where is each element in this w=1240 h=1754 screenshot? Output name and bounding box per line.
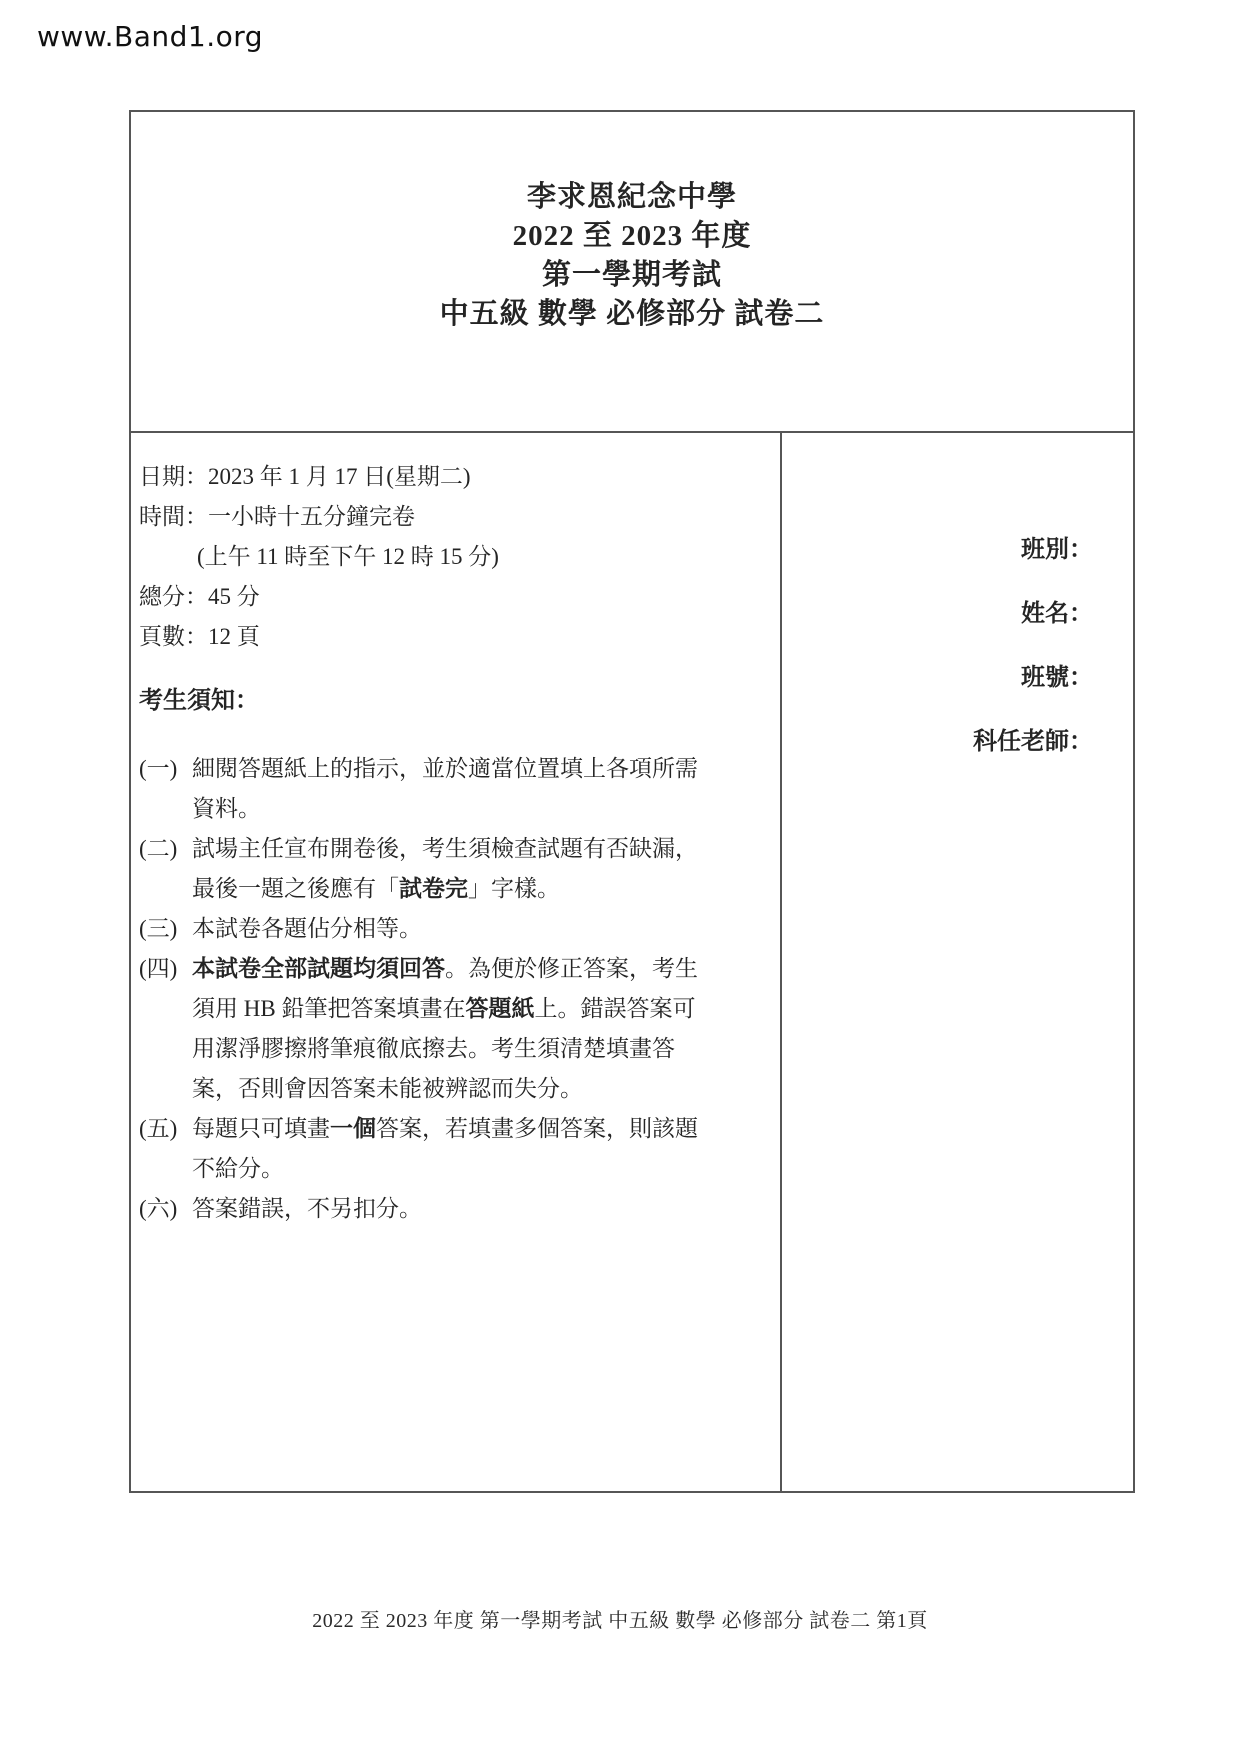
notice-item: (一)細閱答題紙上的指示，並於適當位置填上各項所需資料。 bbox=[139, 749, 780, 829]
exam-info-line: 總分：45 分 bbox=[139, 577, 780, 617]
notice-item-text: 試場主任宣布開卷後，考生須檢查試題有否缺漏，最後一題之後應有「試卷完」字樣。 bbox=[192, 829, 698, 909]
notice-text-segment: 試卷完 bbox=[399, 876, 468, 901]
page-footer: 2022 至 2023 年度 第一學期考試 中五級 數學 必修部分 試卷二 第1… bbox=[0, 1604, 1240, 1633]
notice-text-segment: 細閱答題紙上的指示，並於適當位置填上各項所需資料。 bbox=[192, 756, 698, 821]
notice-item: (五)每題只可填畫一個答案，若填畫多個答案，則該題不給分。 bbox=[139, 1109, 780, 1189]
student-field-label: 姓名： bbox=[782, 599, 1133, 663]
exam-title-block: 李求恩紀念中學 2022 至 2023 年度 第一學期考試 中五級 數學 必修部… bbox=[131, 112, 1133, 433]
notice-text-segment: 本試卷各題佔分相等。 bbox=[192, 916, 422, 941]
term-title: 第一學期考試 bbox=[131, 256, 1133, 295]
student-field-label: 科任老師： bbox=[782, 727, 1133, 791]
school-name: 李求恩紀念中學 bbox=[131, 178, 1133, 217]
notice-item-number: (三) bbox=[139, 909, 192, 949]
exam-cover-box: 李求恩紀念中學 2022 至 2023 年度 第一學期考試 中五級 數學 必修部… bbox=[129, 110, 1135, 1493]
student-fields-column: 班別：姓名：班號：科任老師： bbox=[782, 433, 1133, 1491]
notice-item-number: (二) bbox=[139, 829, 192, 869]
exam-info-line: 日期：2023 年 1 月 17 日(星期二) bbox=[139, 457, 780, 497]
exam-info-column: 日期：2023 年 1 月 17 日(星期二)時間：一小時十五分鐘完卷(上午 1… bbox=[131, 433, 782, 1491]
notice-item-text: 本試卷各題佔分相等。 bbox=[192, 909, 698, 949]
notice-title: 考生須知： bbox=[139, 681, 780, 721]
notice-item-number: (六) bbox=[139, 1189, 192, 1229]
notice-item-text: 細閱答題紙上的指示，並於適當位置填上各項所需資料。 bbox=[192, 749, 698, 829]
exam-info-line: 時間：一小時十五分鐘完卷 bbox=[139, 497, 780, 537]
notice-text-segment: 」字樣。 bbox=[468, 876, 560, 901]
paper-title: 中五級 數學 必修部分 試卷二 bbox=[131, 295, 1133, 334]
notice-item-text: 每題只可填畫一個答案，若填畫多個答案，則該題不給分。 bbox=[192, 1109, 698, 1189]
notice-item: (六)答案錯誤，不另扣分。 bbox=[139, 1189, 780, 1229]
notice-item-number: (五) bbox=[139, 1109, 192, 1149]
notice-item: (四)本試卷全部試題均須回答。為便於修正答案，考生須用 HB 鉛筆把答案填畫在答… bbox=[139, 949, 780, 1109]
notice-item-number: (一) bbox=[139, 749, 192, 789]
notice-item-text: 本試卷全部試題均須回答。為便於修正答案，考生須用 HB 鉛筆把答案填畫在答題紙上… bbox=[192, 949, 698, 1109]
exam-info-line: 頁數：12 頁 bbox=[139, 617, 780, 657]
site-watermark: www.Band1.org bbox=[37, 20, 263, 53]
notice-item: (二)試場主任宣布開卷後，考生須檢查試題有否缺漏，最後一題之後應有「試卷完」字樣… bbox=[139, 829, 780, 909]
notice-text-segment: 每題只可填畫 bbox=[192, 1116, 330, 1141]
exam-info-line: (上午 11 時至下午 12 時 15 分) bbox=[139, 537, 780, 577]
notice-text-segment: 答題紙 bbox=[465, 996, 534, 1021]
student-field-label: 班別： bbox=[782, 535, 1133, 599]
cover-content: 日期：2023 年 1 月 17 日(星期二)時間：一小時十五分鐘完卷(上午 1… bbox=[131, 433, 1133, 1491]
notice-item-number: (四) bbox=[139, 949, 192, 989]
notice-text-segment: 一個 bbox=[330, 1116, 376, 1141]
notice-text-segment: 本試卷全部試題均須回答 bbox=[192, 956, 445, 981]
exam-info-lines: 日期：2023 年 1 月 17 日(星期二)時間：一小時十五分鐘完卷(上午 1… bbox=[139, 457, 780, 657]
notice-item-text: 答案錯誤，不另扣分。 bbox=[192, 1189, 698, 1229]
scanned-exam-page: { "colors": { "ink": "#242424", "border"… bbox=[0, 0, 1240, 1754]
notice-list: (一)細閱答題紙上的指示，並於適當位置填上各項所需資料。(二)試場主任宣布開卷後… bbox=[139, 749, 780, 1229]
academic-year: 2022 至 2023 年度 bbox=[131, 217, 1133, 256]
notice-item: (三)本試卷各題佔分相等。 bbox=[139, 909, 780, 949]
student-field-label: 班號： bbox=[782, 663, 1133, 727]
notice-text-segment: 答案錯誤，不另扣分。 bbox=[192, 1196, 422, 1221]
